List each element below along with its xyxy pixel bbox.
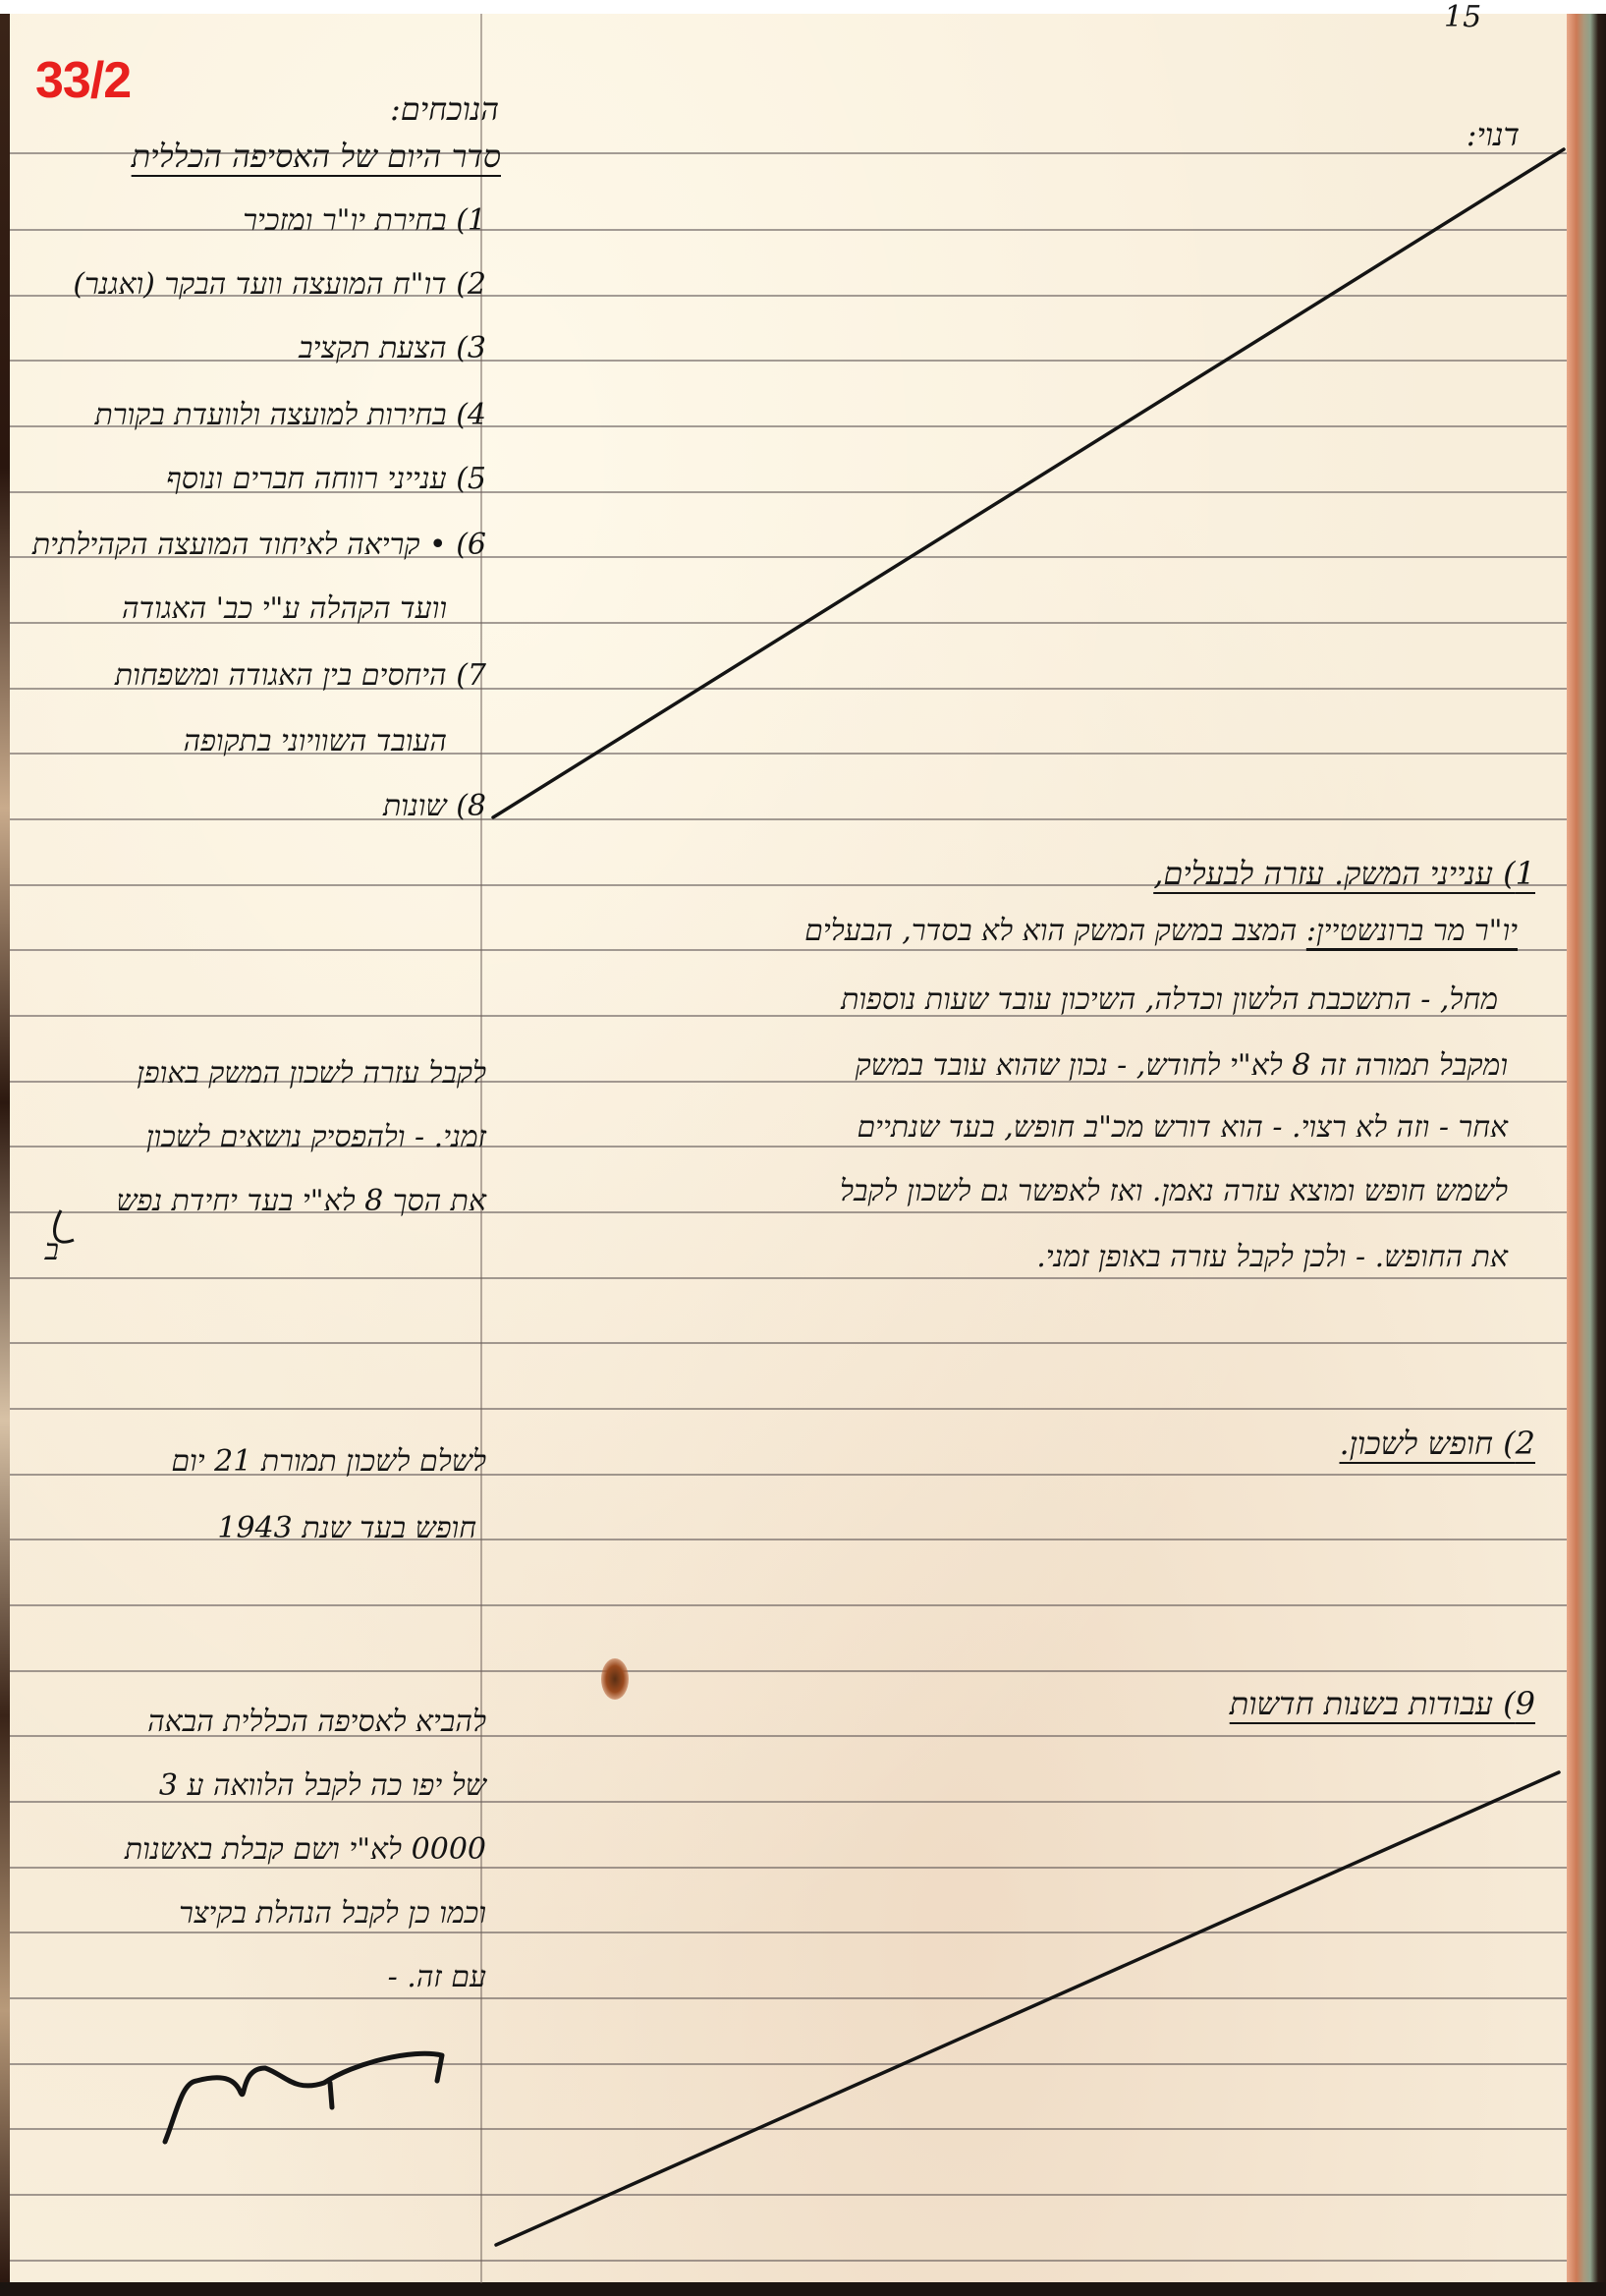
signature-icon: [165, 2053, 442, 2142]
ink-layer: [0, 0, 1606, 2296]
diagonal-cancel-line-bottom: [496, 1772, 1559, 2245]
diagonal-cancel-line-top: [493, 149, 1564, 817]
margin-squiggle: [55, 1210, 74, 1242]
signature-stroke: [330, 2083, 332, 2107]
